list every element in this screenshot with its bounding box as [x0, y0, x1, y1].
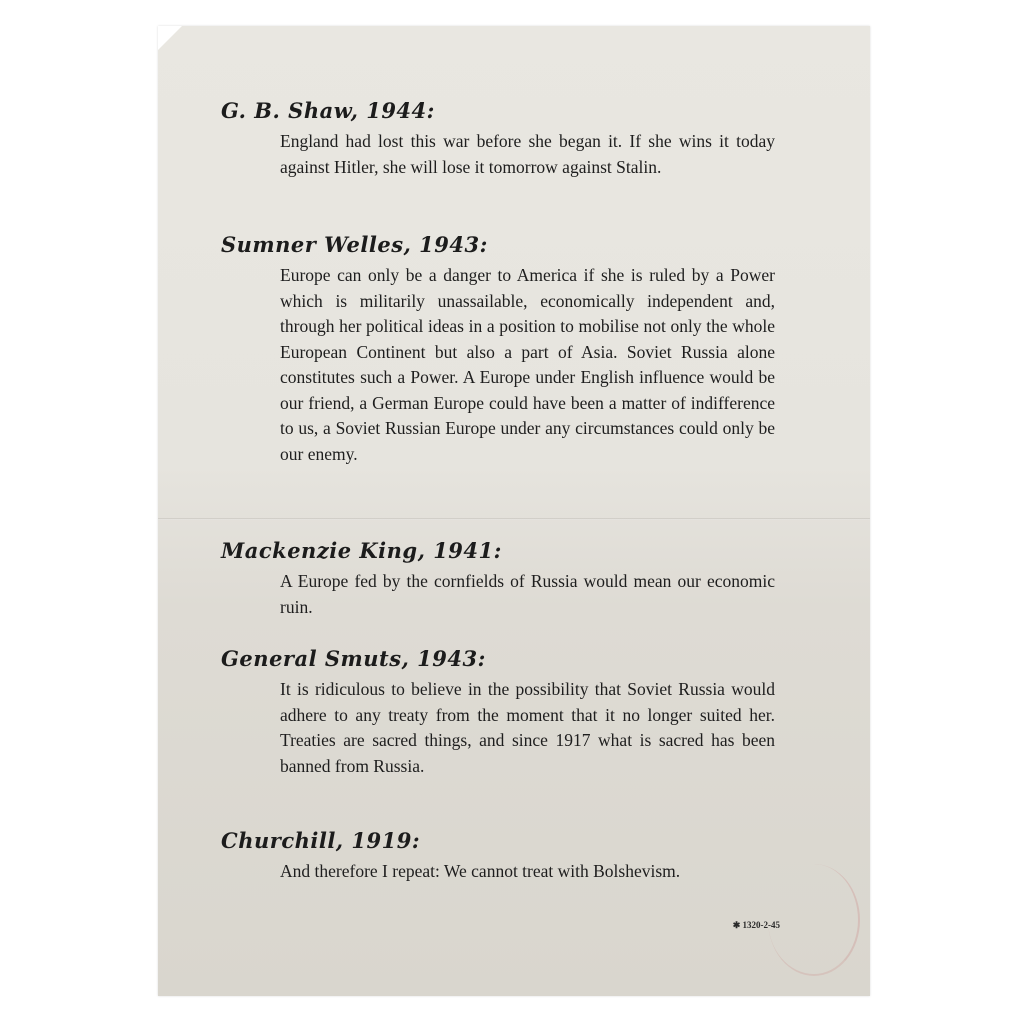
quote-text: Europe can only be a danger to America i…	[280, 263, 775, 467]
print-code: ✱ 1320-2-45	[733, 920, 780, 931]
quote-author: Mackenzie King, 1941:	[221, 538, 781, 563]
quote-author: Sumner Welles, 1943:	[221, 232, 781, 257]
quote-text: A Europe fed by the cornfields of Russia…	[280, 569, 775, 620]
paper-stain	[768, 864, 860, 976]
leaflet-paper: G. B. Shaw, 1944: England had lost this …	[158, 26, 870, 996]
quote-entry-welles: Sumner Welles, 1943: Europe can only be …	[221, 232, 781, 467]
fold-crease	[158, 518, 870, 520]
quote-text: It is ridiculous to believe in the possi…	[280, 677, 775, 779]
quote-author: General Smuts, 1943:	[221, 646, 781, 671]
quote-author: Churchill, 1919:	[221, 828, 781, 853]
quote-text: England had lost this war before she beg…	[280, 129, 775, 180]
quote-author: G. B. Shaw, 1944:	[221, 98, 781, 123]
folded-corner	[158, 26, 182, 50]
quote-entry-shaw: G. B. Shaw, 1944: England had lost this …	[221, 98, 781, 180]
quote-text: And therefore I repeat: We cannot treat …	[280, 859, 775, 885]
quote-entry-king: Mackenzie King, 1941: A Europe fed by th…	[221, 538, 781, 620]
quote-entry-smuts: General Smuts, 1943: It is ridiculous to…	[221, 646, 781, 779]
quote-entry-churchill: Churchill, 1919: And therefore I repeat:…	[221, 828, 781, 885]
